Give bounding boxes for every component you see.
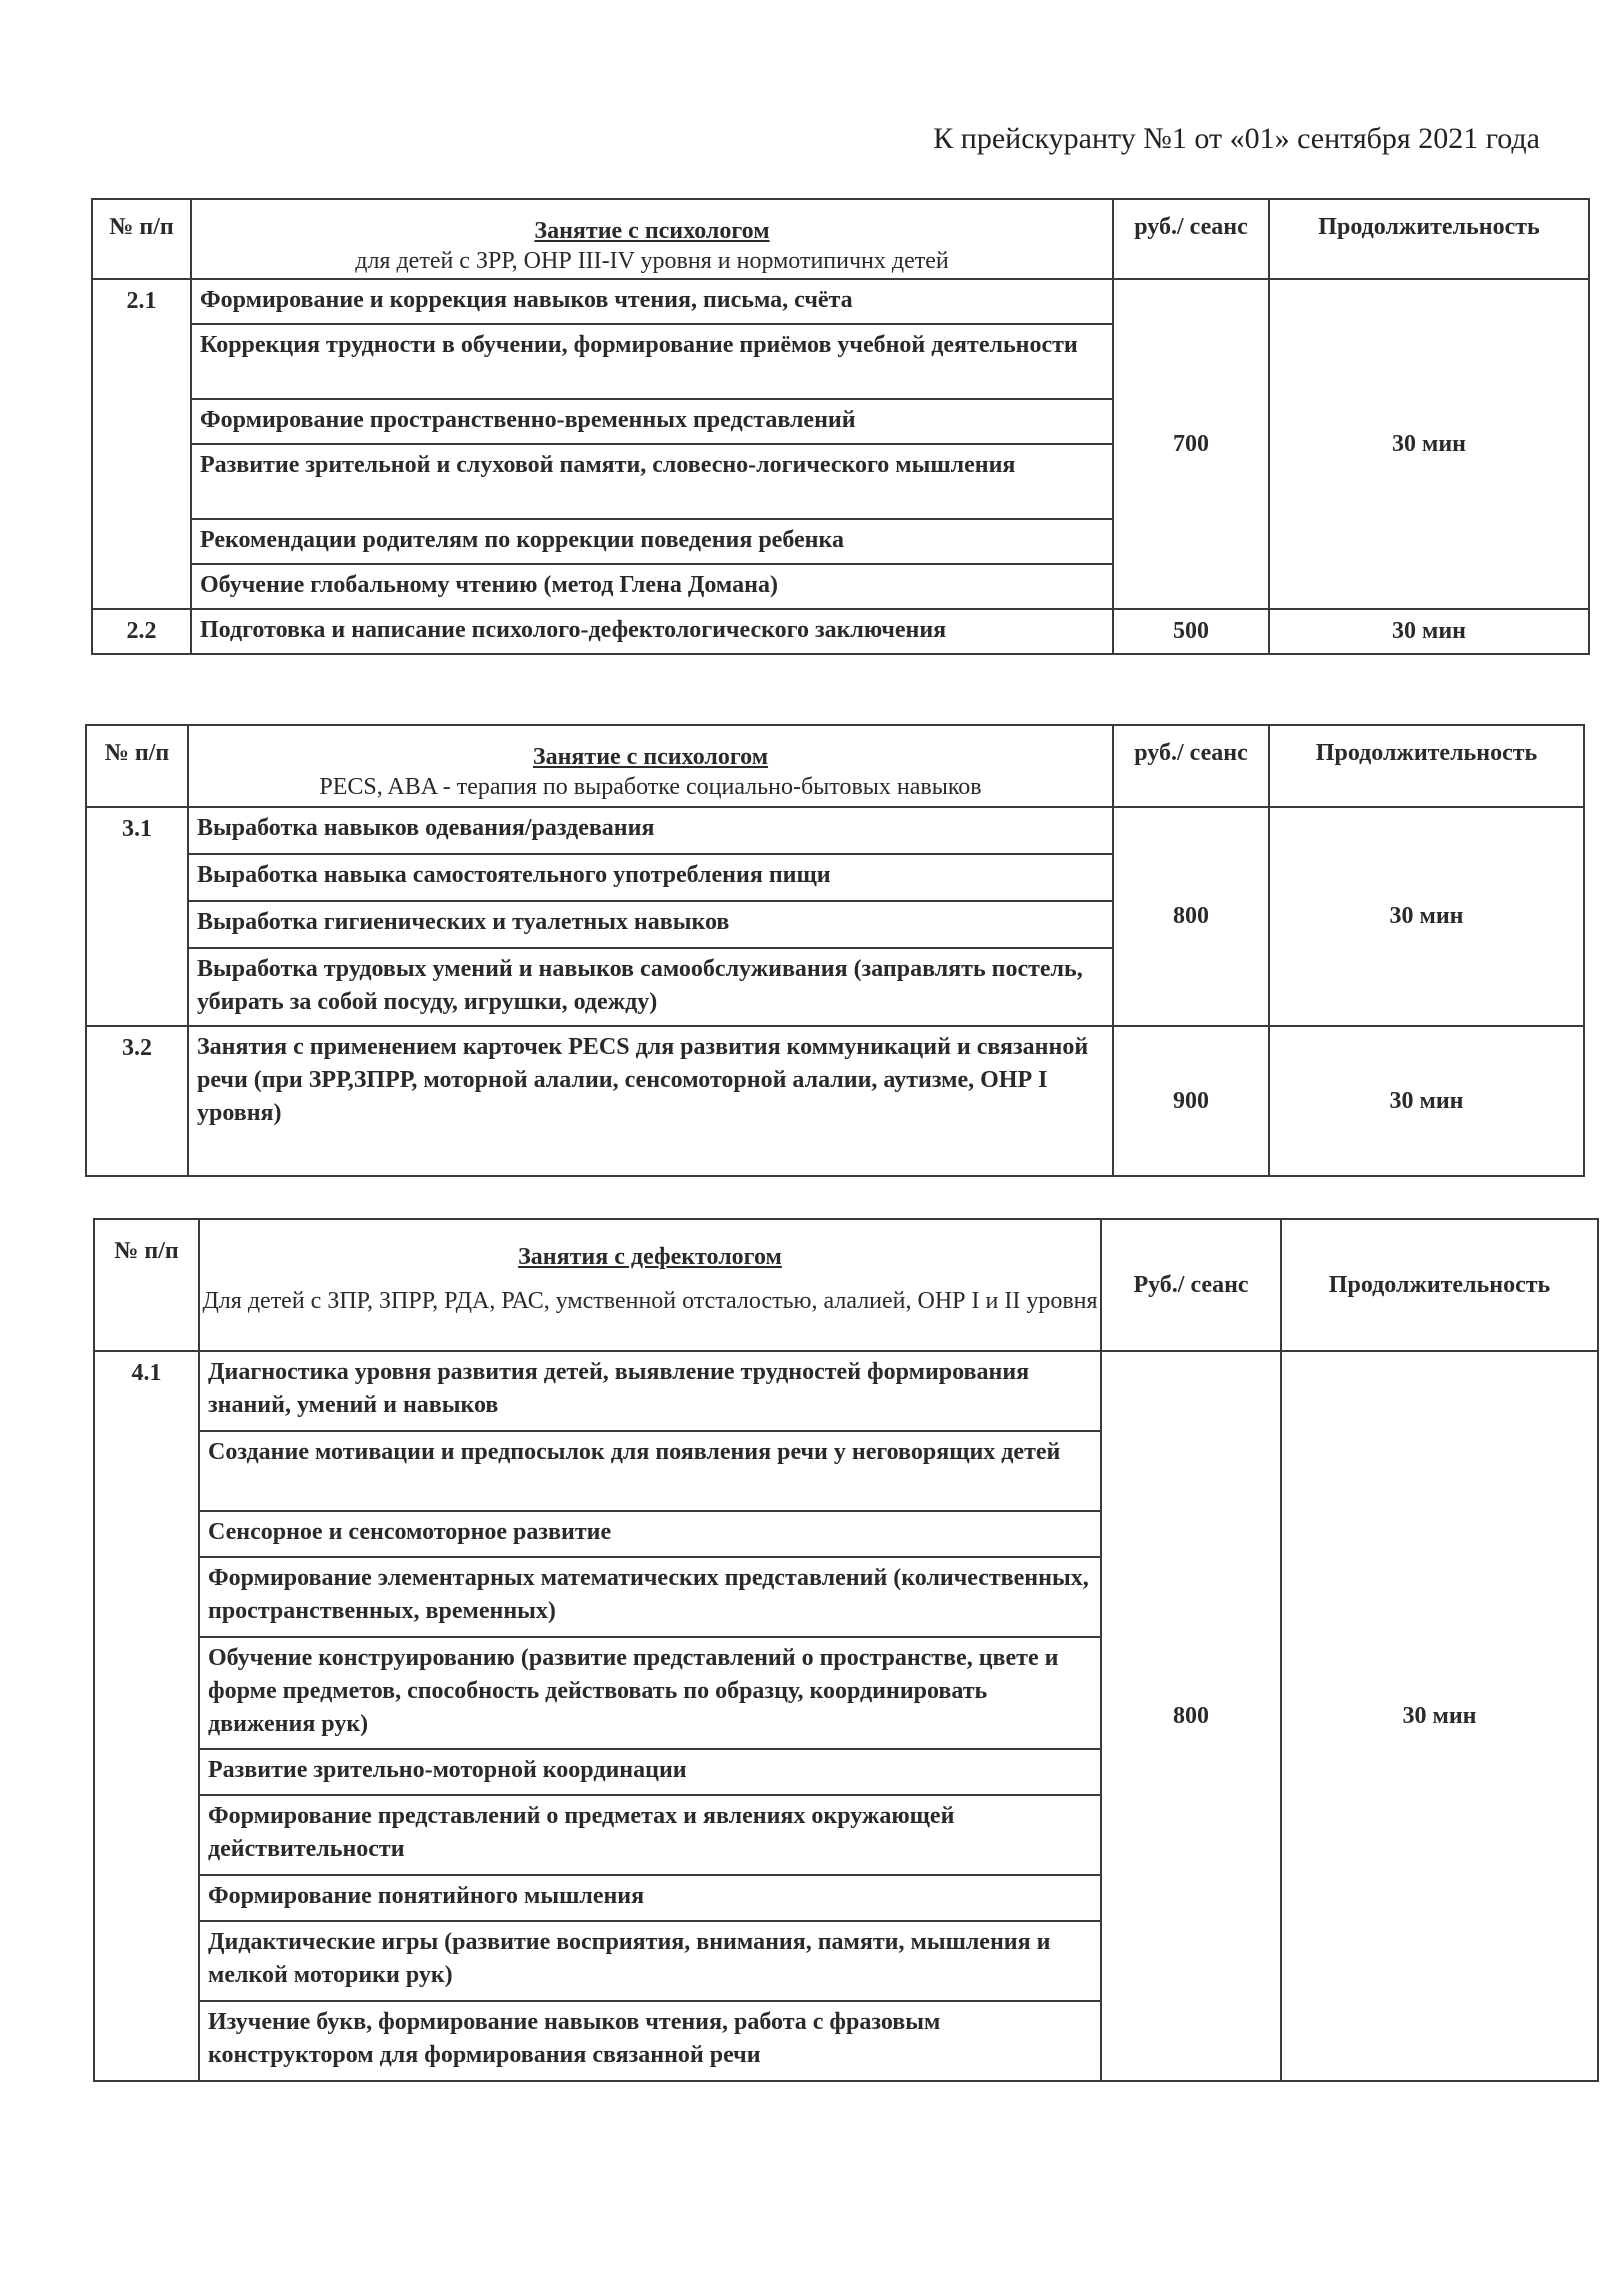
header-price: руб./ сеанс: [1113, 725, 1269, 807]
service-description: Формирование и коррекция навыков чтения,…: [191, 279, 1113, 324]
service-description: Развитие зрительно-моторной координации: [199, 1749, 1101, 1795]
header-duration: Продолжительность: [1281, 1219, 1598, 1351]
service-description: Выработка навыков одевания/раздевания: [188, 807, 1113, 854]
header-price: Руб./ сеанс: [1101, 1219, 1281, 1351]
duration-value: 30 мин: [1269, 807, 1584, 1026]
table-header-row: № п/п Занятие с психологом PECS, ABA - т…: [86, 725, 1584, 807]
item-number: 2.1: [92, 279, 191, 609]
header-num: № п/п: [86, 725, 188, 807]
section-title: Занятия с дефектологом: [200, 1240, 1100, 1274]
header-title: Занятие с психологом для детей с ЗРР, ОН…: [191, 199, 1113, 279]
section-subtitle: для детей с ЗРР, ОНР III-IV уровня и нор…: [192, 246, 1112, 276]
header-price: руб./ сеанс: [1113, 199, 1269, 279]
service-description: Формирование представлений о предметах и…: [199, 1795, 1101, 1875]
price-value: 800: [1113, 807, 1269, 1026]
section-title: Занятие с психологом: [189, 742, 1112, 772]
header-duration: Продолжительность: [1269, 725, 1584, 807]
service-description: Выработка гигиенических и туалетных навы…: [188, 901, 1113, 948]
service-description: Изучение букв, формирование навыков чтен…: [199, 2001, 1101, 2081]
section-title: Занятие с психологом: [192, 216, 1112, 246]
service-description: Рекомендации родителям по коррекции пове…: [191, 519, 1113, 564]
price-value: 700: [1113, 279, 1269, 609]
table-row: 4.1 Диагностика уровня развития детей, в…: [94, 1351, 1598, 1431]
header-num: № п/п: [92, 199, 191, 279]
section-subtitle: PECS, ABA - терапия по выработке социаль…: [189, 772, 1112, 802]
service-description: Формирование понятийного мышления: [199, 1875, 1101, 1921]
duration-value: 30 мин: [1269, 1026, 1584, 1176]
header-title: Занятие с психологом PECS, ABA - терапия…: [188, 725, 1113, 807]
service-description: Дидактические игры (развитие восприятия,…: [199, 1921, 1101, 2001]
duration-value: 30 мин: [1269, 609, 1589, 654]
item-number: 4.1: [94, 1351, 199, 2081]
price-value: 800: [1101, 1351, 1281, 2081]
service-description: Развитие зрительной и слуховой памяти, с…: [191, 444, 1113, 519]
table-row: 2.1 Формирование и коррекция навыков чте…: [92, 279, 1589, 324]
header-title: Занятия с дефектологом Для детей с ЗПР, …: [199, 1219, 1101, 1351]
header-num: № п/п: [94, 1219, 199, 1351]
service-description: Обучение конструированию (развитие предс…: [199, 1637, 1101, 1749]
service-description: Выработка трудовых умений и навыков само…: [188, 948, 1113, 1026]
table-header-row: № п/п Занятия с дефектологом Для детей с…: [94, 1219, 1598, 1351]
duration-value: 30 мин: [1281, 1351, 1598, 2081]
service-description: Создание мотивации и предпосылок для поя…: [199, 1431, 1101, 1511]
service-description: Выработка навыка самостоятельного употре…: [188, 854, 1113, 901]
service-description: Сенсорное и сенсомоторное развитие: [199, 1511, 1101, 1557]
service-description: Диагностика уровня развития детей, выявл…: [199, 1351, 1101, 1431]
price-value: 500: [1113, 609, 1269, 654]
service-description: Занятия с применением карточек PECS для …: [188, 1026, 1113, 1176]
service-description: Формирование элементарных математических…: [199, 1557, 1101, 1637]
service-description: Коррекция трудности в обучении, формиров…: [191, 324, 1113, 399]
item-number: 3.2: [86, 1026, 188, 1176]
header-duration: Продолжительность: [1269, 199, 1589, 279]
price-table-defectologist: № п/п Занятия с дефектологом Для детей с…: [93, 1218, 1599, 2082]
price-value: 900: [1113, 1026, 1269, 1176]
service-description: Формирование пространственно-временных п…: [191, 399, 1113, 444]
table-header-row: № п/п Занятие с психологом для детей с З…: [92, 199, 1589, 279]
price-table-psychologist: № п/п Занятие с психологом для детей с З…: [91, 198, 1590, 655]
document-reference: К прейскуранту №1 от «01» сентября 2021 …: [933, 122, 1540, 156]
price-table-pecs-aba: № п/п Занятие с психологом PECS, ABA - т…: [85, 724, 1585, 1177]
item-number: 2.2: [92, 609, 191, 654]
table-row: 2.2 Подготовка и написание психолого-деф…: [92, 609, 1589, 654]
duration-value: 30 мин: [1269, 279, 1589, 609]
table-row: 3.2 Занятия с применением карточек PECS …: [86, 1026, 1584, 1176]
table-row: 3.1 Выработка навыков одевания/раздевани…: [86, 807, 1584, 854]
service-description: Подготовка и написание психолого-дефекто…: [191, 609, 1113, 654]
section-subtitle: Для детей с ЗПР, ЗПРР, РДА, РАС, умствен…: [200, 1284, 1100, 1318]
service-description: Обучение глобальному чтению (метод Глена…: [191, 564, 1113, 609]
item-number: 3.1: [86, 807, 188, 1026]
